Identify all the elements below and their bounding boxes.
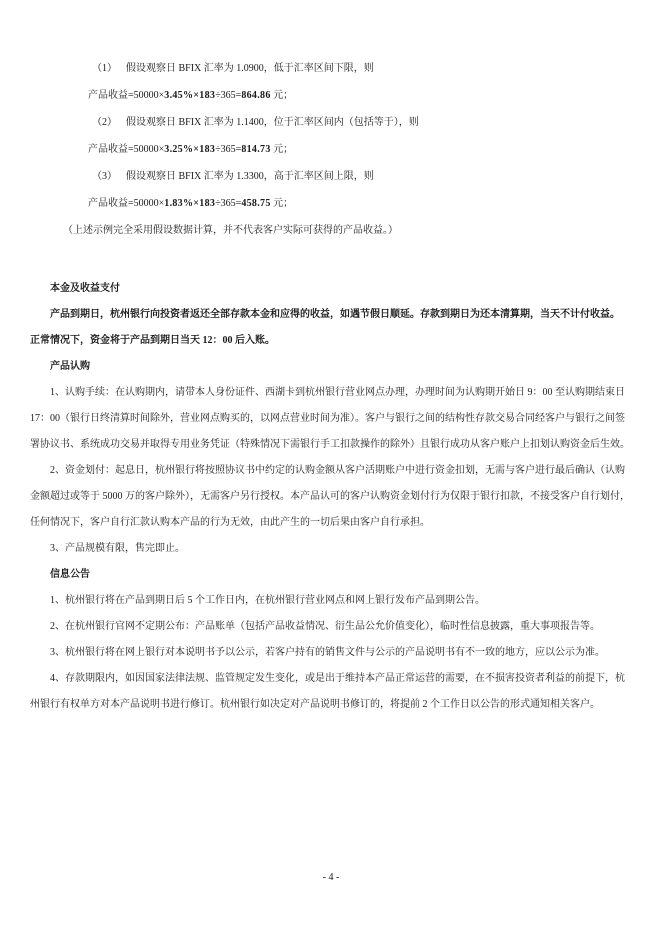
page-number: - 4 - [0,872,662,883]
information-item-1: 1、杭州银行将在产品到期日后 5 个工作日内，在杭州银行营业网点和网上银行发布产… [30,588,657,614]
document-sections: 本金及收益支付 产品到期日，杭州银行向投资者返还全部存款本金和应得的收益，如遇节… [30,276,657,718]
paragraph-line: 17：00（银行日终清算时间除外，营业网点购买的，以网点营业时间为准）。客户与银… [30,406,657,432]
subscription-item-2: 2、资金划付：起息日，杭州银行将按照协议书中约定的认购金额从客户活期账户中进行资… [30,458,657,536]
example-2-condition-line: （2）假设观察日 BFIX 汇率为 1.1400，位于汇率区间内（包括等于），则 [30,109,657,136]
example-3-number: （3） [92,163,117,190]
formula-result: 458.75 [241,198,270,209]
formula-rate-days: 3.25%×183 [164,144,215,155]
formula-divisor: ÷365= [215,90,241,101]
formula-divisor: ÷365= [215,198,241,209]
formula-unit: 元； [271,198,294,209]
formula-divisor: ÷365= [215,144,241,155]
document-content: （1）假设观察日 BFIX 汇率为 1.0900，低于汇率区间下限，则 产品收益… [0,0,662,718]
example-3-formula: 产品收益=50000×1.83%×183÷365=458.75 元； [30,190,657,217]
formula-unit: 元； [271,90,294,101]
formula-prefix: 产品收益=50000× [88,144,164,155]
example-1-condition: 假设观察日 BFIX 汇率为 1.0900，低于汇率区间下限，则 [126,63,374,74]
paragraph-line: 1、杭州银行将在产品到期日后 5 个工作日内，在杭州银行营业网点和网上银行发布产… [30,588,657,614]
paragraph-line: 3、杭州银行将在网上银行对本说明书予以公示，若客户持有的销售文件与公示的产品说明… [30,640,657,666]
information-item-3: 3、杭州银行将在网上银行对本说明书予以公示，若客户持有的销售文件与公示的产品说明… [30,640,657,666]
formula-prefix: 产品收益=50000× [88,198,164,209]
paragraph-line: 产品到期日，杭州银行向投资者返还全部存款本金和应得的收益，如遇节假日顺延。存款到… [30,302,657,328]
example-2-number: （2） [92,109,117,136]
section-product-subscription: 产品认购 1、认购手续：在认购期内，请带本人身份证件、西湖卡到杭州银行营业网点办… [30,354,657,562]
paragraph-line: 州银行有权单方对本产品说明书进行修订。杭州银行如决定对产品说明书修订的，将提前 … [30,692,657,718]
examples-disclaimer-note: （上述示例完全采用假设数据计算，并不代表客户实际可获得的产品收益。） [30,217,657,244]
paragraph-line: 正常情况下，资金将于产品到期日当天 12：00 后入账。 [30,328,657,354]
section-information-announcement: 信息公告 1、杭州银行将在产品到期日后 5 个工作日内，在杭州银行营业网点和网上… [30,562,657,718]
example-1-number: （1） [92,55,117,82]
principal-payment-paragraph: 产品到期日，杭州银行向投资者返还全部存款本金和应得的收益，如遇节假日顺延。存款到… [30,302,657,354]
formula-rate-days: 1.83%×183 [164,198,215,209]
example-1-condition-line: （1）假设观察日 BFIX 汇率为 1.0900，低于汇率区间下限，则 [30,55,657,82]
paragraph-line: 1、认购手续：在认购期内，请带本人身份证件、西湖卡到杭州银行营业网点办理，办理时… [30,380,657,406]
example-1-formula: 产品收益=50000×3.45%×183÷365=864.86 元； [30,82,657,109]
document-page: （1）假设观察日 BFIX 汇率为 1.0900，低于汇率区间下限，则 产品收益… [0,0,662,936]
paragraph-line: 署协议书、系统成功交易并取得专用业务凭证（特殊情况下需银行手工扣款操作的除外）且… [30,432,657,458]
subscription-item-3: 3、产品规模有限，售完即止。 [30,536,657,562]
section-heading-principal-payment: 本金及收益支付 [30,276,657,302]
formula-result: 814.73 [241,144,270,155]
formula-result: 864.86 [241,90,270,101]
formula-prefix: 产品收益=50000× [88,90,164,101]
formula-unit: 元； [271,144,294,155]
section-principal-and-payment: 本金及收益支付 产品到期日，杭州银行向投资者返还全部存款本金和应得的收益，如遇节… [30,276,657,354]
example-3-condition: 假设观察日 BFIX 汇率为 1.3300，高于汇率区间上限，则 [126,171,374,182]
subscription-item-1: 1、认购手续：在认购期内，请带本人身份证件、西湖卡到杭州银行营业网点办理，办理时… [30,380,657,458]
information-item-2: 2、在杭州银行官网不定期公布：产品账单（包括产品收益情况、衍生品公允价值变化），… [30,614,657,640]
example-3-condition-line: （3）假设观察日 BFIX 汇率为 1.3300，高于汇率区间上限，则 [30,163,657,190]
paragraph-line: 3、产品规模有限，售完即止。 [30,536,657,562]
section-heading-information: 信息公告 [30,562,657,588]
paragraph-line: 2、在杭州银行官网不定期公布：产品账单（包括产品收益情况、衍生品公允价值变化），… [30,614,657,640]
paragraph-line: 4、存款期限内，如因国家法律法规、监管规定发生变化，或是出于维持本产品正常运营的… [30,666,657,692]
paragraph-line: 任何情况下，客户自行汇款认购本产品的行为无效，由此产生的一切后果由客户自行承担。 [30,510,657,536]
paragraph-line: 2、资金划付：起息日，杭州银行将按照协议书中约定的认购金额从客户活期账户中进行资… [30,458,657,484]
formula-rate-days: 3.45%×183 [164,90,215,101]
example-2-condition: 假设观察日 BFIX 汇率为 1.1400，位于汇率区间内（包括等于），则 [126,117,419,128]
yield-examples-block: （1）假设观察日 BFIX 汇率为 1.0900，低于汇率区间下限，则 产品收益… [30,55,657,244]
section-heading-subscription: 产品认购 [30,354,657,380]
example-2-formula: 产品收益=50000×3.25%×183÷365=814.73 元； [30,136,657,163]
information-item-4: 4、存款期限内，如因国家法律法规、监管规定发生变化，或是出于维持本产品正常运营的… [30,666,657,718]
paragraph-line: 金额超过或等于 5000 万的客户除外），无需客户另行授权。本产品认可的客户认购… [30,484,657,510]
